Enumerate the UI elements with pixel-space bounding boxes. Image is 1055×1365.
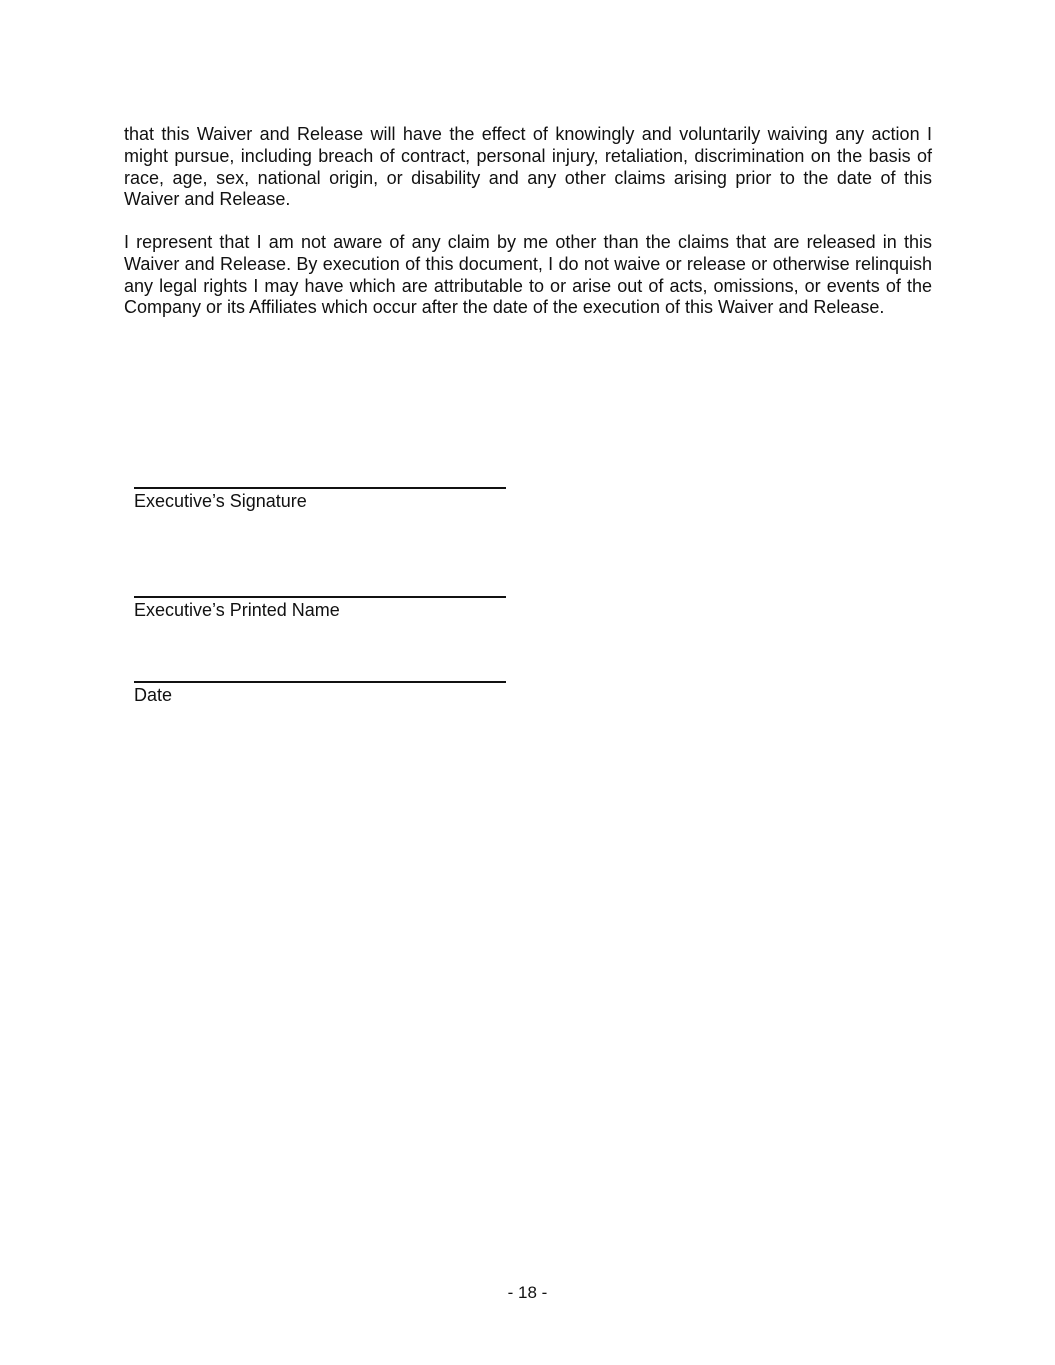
paragraph-waiver-effect: that this Waiver and Release will have t… xyxy=(124,124,932,211)
paragraph-representation: I represent that I am not aware of any c… xyxy=(124,232,932,319)
date-line xyxy=(134,681,506,683)
date-field: Date xyxy=(134,681,506,706)
printed-name-label: Executive’s Printed Name xyxy=(134,599,506,621)
date-label: Date xyxy=(134,684,506,706)
page-number: - 18 - xyxy=(0,1283,1055,1303)
signature-label: Executive’s Signature xyxy=(134,490,506,512)
signature-field: Executive’s Signature xyxy=(134,487,506,512)
printed-name-line xyxy=(134,596,506,598)
signature-line xyxy=(134,487,506,489)
printed-name-field: Executive’s Printed Name xyxy=(134,596,506,621)
